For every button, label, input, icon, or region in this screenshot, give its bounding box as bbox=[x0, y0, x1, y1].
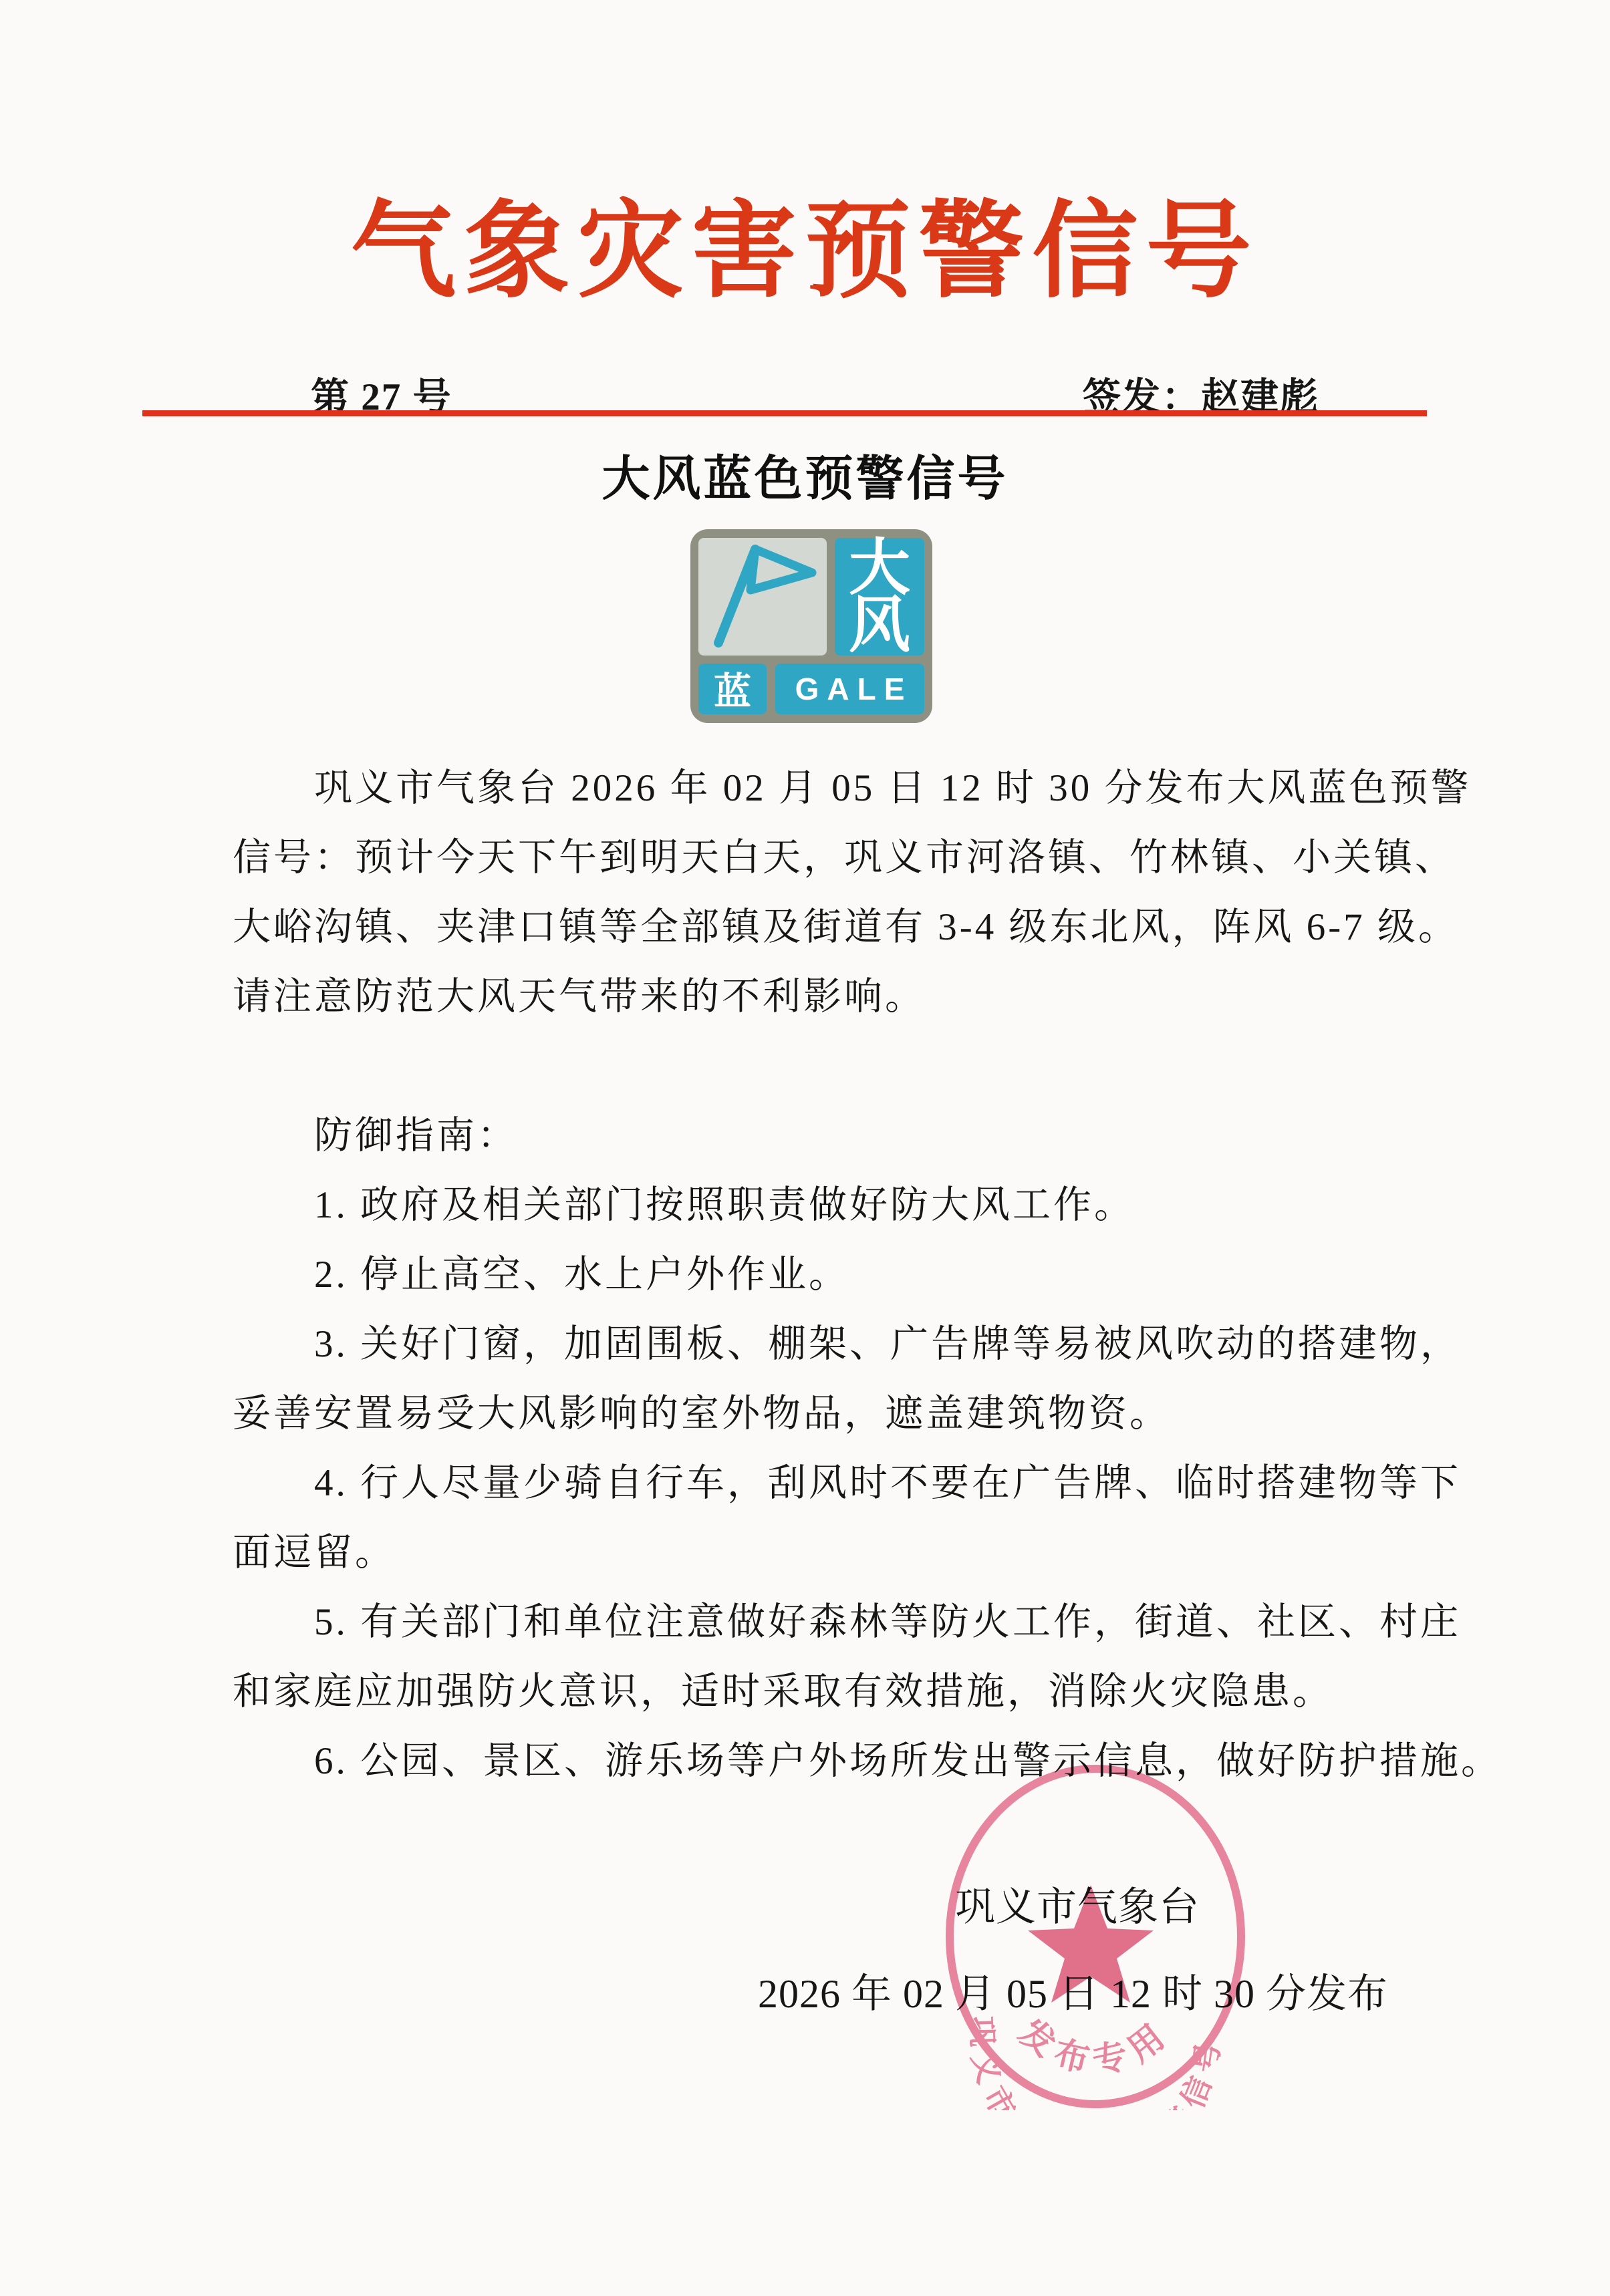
body-line: 防御指南： bbox=[233, 1101, 1436, 1171]
body-line: 2. 停止高空、水上户外作业。 bbox=[233, 1240, 1436, 1310]
body-line: 妥善安置易受大风影响的室外物品，遮盖建筑物资。 bbox=[233, 1379, 1436, 1449]
icon-char-da: 大 bbox=[849, 539, 910, 597]
body-line: 3. 关好门窗，加固围板、棚架、广告牌等易被风吹动的搭建物， bbox=[233, 1310, 1436, 1379]
body-line: 面逗留。 bbox=[233, 1518, 1436, 1588]
icon-en-label: GALE bbox=[775, 664, 924, 714]
document-page: 气象灾害预警信号 第 27 号 签发：赵建彪 大风蓝色预警信号 大 风 蓝 GA… bbox=[0, 0, 1610, 2296]
icon-char-feng: 风 bbox=[849, 597, 910, 654]
body-line: 信号：预计今天下午到明天白天，巩义市河洛镇、竹林镇、小关镇、 bbox=[233, 823, 1436, 893]
body-text: 巩义市气象台 2026 年 02 月 05 日 12 时 30 分发布大风蓝色预… bbox=[233, 754, 1436, 1796]
icon-cn-label: 大 风 bbox=[835, 538, 924, 656]
icon-level-blue: 蓝 bbox=[698, 664, 767, 714]
stamp-star-icon bbox=[1028, 1885, 1154, 2003]
body-line: 请注意防范大风天气带来的不利影响。 bbox=[233, 962, 1436, 1032]
official-stamp: 巩义市气象灾害预警信号 发布专用章 bbox=[941, 1761, 1250, 2110]
body-line: 4. 行人尽量少骑自行车，刮风时不要在广告牌、临时搭建物等下 bbox=[233, 1449, 1436, 1518]
body-line: 1. 政府及相关部门按照职责做好防大风工作。 bbox=[233, 1171, 1436, 1240]
body-line: 5. 有关部门和单位注意做好森林等防火工作，街道、社区、村庄 bbox=[233, 1588, 1436, 1657]
gale-warning-icon: 大 风 蓝 GALE bbox=[690, 529, 932, 723]
wind-pennant-icon bbox=[698, 538, 827, 656]
body-line-blank bbox=[233, 1032, 1436, 1101]
body-line: 大峪沟镇、夹津口镇等全部镇及街道有 3-4 级东北风，阵风 6-7 级。 bbox=[233, 893, 1436, 962]
page-title: 气象灾害预警信号 bbox=[0, 192, 1610, 311]
warning-subtitle: 大风蓝色预警信号 bbox=[0, 440, 1610, 509]
body-line: 和家庭应加强防火意识，适时采取有效措施，消除火灾隐患。 bbox=[233, 1657, 1436, 1727]
red-divider bbox=[142, 410, 1427, 416]
body-line: 巩义市气象台 2026 年 02 月 05 日 12 时 30 分发布大风蓝色预… bbox=[233, 754, 1436, 823]
body-line: 6. 公园、景区、游乐场等户外场所发出警示信息，做好防护措施。 bbox=[233, 1727, 1436, 1796]
wind-flag-panel bbox=[698, 538, 827, 656]
